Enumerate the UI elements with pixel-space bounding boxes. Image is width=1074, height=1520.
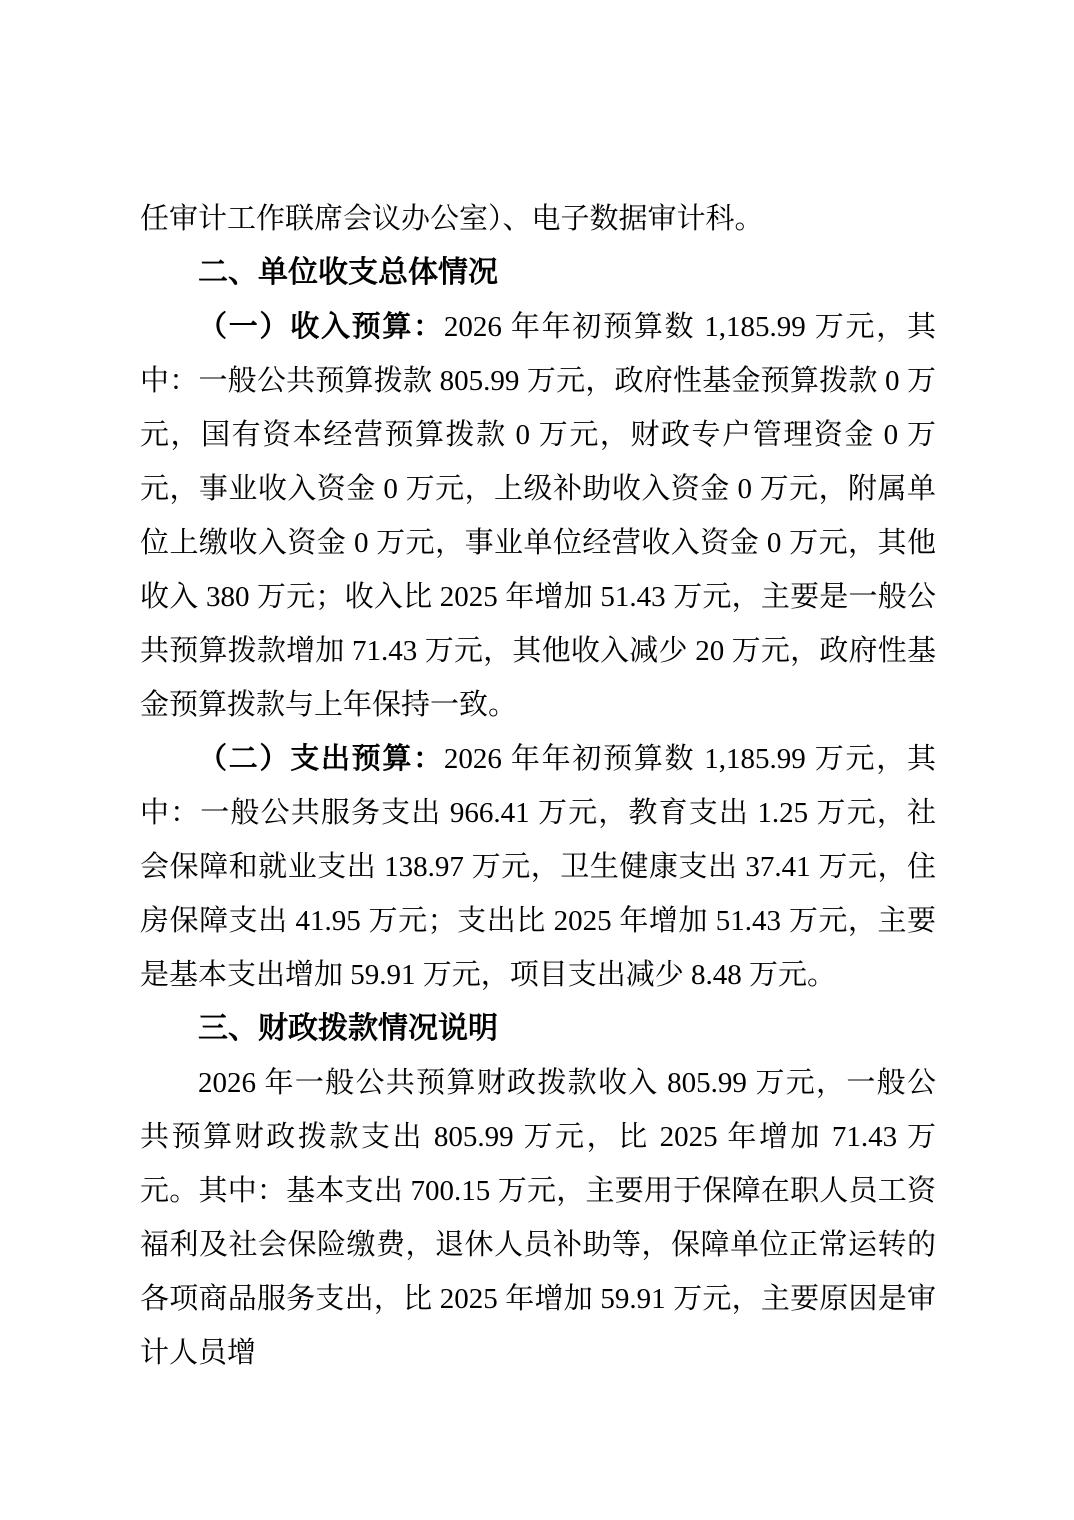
paragraph-expense-budget: （二）支出预算：2026 年年初预算数 1,185.99 万元，其中：一般公共服…: [140, 732, 936, 1002]
paragraph-fiscal-appropriation-detail: 2026 年一般公共预算财政拨款收入 805.99 万元，一般公共预算财政拨款支…: [140, 1056, 936, 1380]
paragraph-text: 任审计工作联席会议办公室）、电子数据审计科。: [140, 203, 764, 235]
section-heading-fiscal-appropriation: 三、财政拨款情况说明: [140, 1002, 936, 1056]
paragraph-text: 2026 年年初预算数 1,185.99 万元，其中：一般公共预算拨款 805.…: [140, 311, 936, 721]
document-page: 任审计工作联席会议办公室）、电子数据审计科。 二、单位收支总体情况 （一）收入预…: [0, 0, 1074, 1520]
section-heading-text: 三、财政拨款情况说明: [198, 1012, 498, 1045]
paragraph-text: 2026 年一般公共预算财政拨款收入 805.99 万元，一般公共预算财政拨款支…: [140, 1067, 936, 1369]
section-heading-unit-income-expense: 二、单位收支总体情况: [140, 246, 936, 300]
section-heading-text: 二、单位收支总体情况: [198, 256, 498, 289]
paragraph-lead: （一）收入预算：: [198, 311, 444, 343]
paragraph-lead: （二）支出预算：: [198, 743, 444, 775]
paragraph-text: 2026 年年初预算数 1,185.99 万元，其中：一般公共服务支出 966.…: [140, 743, 936, 991]
paragraph-income-budget: （一）收入预算：2026 年年初预算数 1,185.99 万元，其中：一般公共预…: [140, 300, 936, 732]
paragraph-continuation: 任审计工作联席会议办公室）、电子数据审计科。: [140, 192, 936, 246]
